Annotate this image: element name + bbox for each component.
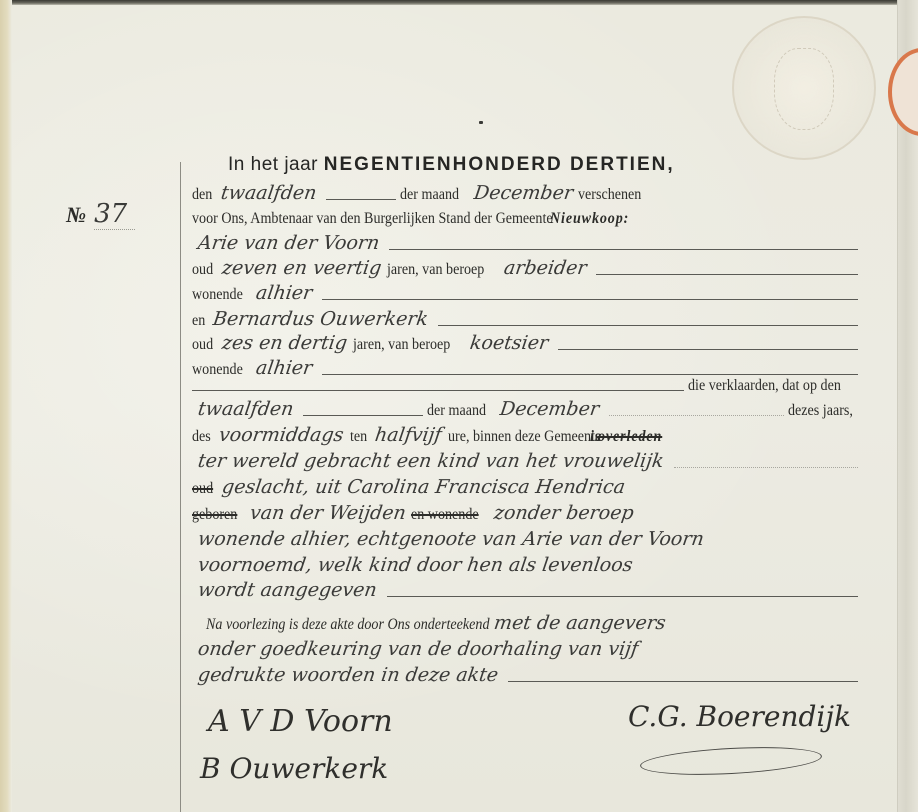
line-declarant1-residence: wonende alhier — [192, 280, 862, 306]
signature-declarant1: A V D Voorn — [208, 704, 393, 739]
declarant2-occupation: koetsier — [462, 332, 555, 356]
label-ten: ten — [350, 428, 367, 448]
line-official: voor Ons, Ambtenaar van den Burgerlijken… — [192, 204, 862, 230]
line-declarant2-age: oud zes en dertig jaren, van beroep koet… — [192, 330, 862, 356]
declarant1-residence: alhier — [248, 282, 319, 306]
line-mother-surname: geboren van der Weijden en wonende zonde… — [192, 500, 862, 526]
municipality-name: Nieuwkoop: — [550, 210, 629, 230]
printed-words-statement: gedrukte woorden in deze akte — [190, 664, 505, 688]
line-mother-name: oud geslacht, uit Carolina Francisca Hen… — [192, 474, 862, 500]
label-binnen-gemeente: ure, binnen deze Gemeente — [448, 428, 601, 448]
heading-line: In het jaar NEGENTIENHONDERD DERTIEN, — [228, 150, 862, 176]
signed-with: met de aangevers — [486, 612, 673, 636]
struck-overleden: overleden — [598, 428, 662, 448]
label-der-maand: der maand — [400, 186, 459, 206]
line-declared: wordt aangegeven — [192, 577, 862, 603]
declarant1-occupation: arbeider — [496, 257, 594, 281]
coat-of-arms-icon — [774, 48, 834, 130]
heading-year: NEGENTIENHONDERD DERTIEN, — [324, 154, 675, 175]
record-number: № 37 — [66, 199, 135, 230]
record-number-value: 37 — [94, 199, 135, 230]
line-printed-words: gedrukte woorden in deze akte — [192, 662, 862, 688]
stillborn-statement: voornoemd, welk kind door hen als levenl… — [190, 554, 640, 578]
label-official: voor Ons, Ambtenaar van den Burgerlijken… — [192, 210, 553, 230]
dotted-rule — [609, 415, 784, 416]
declared-statement: wordt aangegeven — [190, 579, 384, 603]
label-des: des — [192, 428, 211, 448]
fill-rule — [508, 681, 858, 682]
mother-occupation: zonder beroep — [486, 502, 641, 526]
declarant2-age: zes en dertig — [214, 332, 354, 356]
fill-rule — [322, 299, 858, 300]
fill-rule — [192, 390, 684, 391]
red-stamp-icon — [888, 48, 918, 136]
civil-registry-document: № 37 In het jaar NEGENTIENHONDERD DERTIE… — [0, 0, 918, 812]
scan-top-edge — [0, 0, 918, 5]
event-hour: halfvijf — [368, 424, 450, 448]
mother-surname: van der Weijden — [242, 502, 413, 526]
day-field: twaalfden — [213, 182, 324, 206]
line-event-date: twaalfden der maand December dezes jaars… — [192, 396, 862, 422]
heading-intro: In het jaar — [228, 154, 318, 175]
next-page-edge — [897, 0, 918, 812]
signature-declarant2: B Ouwerkerk — [200, 752, 388, 785]
mother-residence-spouse: wonende alhier, echtgenoote van Arie van… — [190, 528, 711, 552]
fill-rule — [387, 596, 858, 597]
label-verschenen: verschenen — [578, 186, 641, 206]
line-approval: onder goedkeuring van de doorhaling van … — [192, 636, 862, 662]
margin-rule — [180, 162, 181, 812]
line-declaration: die verklaarden, dat op den — [192, 371, 862, 397]
dotted-rule — [674, 467, 859, 468]
struck-en-wonende: en wonende — [411, 506, 479, 526]
label-beroep: jaren, van beroep — [387, 261, 484, 281]
declarant1-name: Arie van der Voorn — [190, 232, 387, 256]
label-den: den — [192, 186, 212, 206]
event-day: twaalfden — [190, 398, 301, 422]
label-declaration: die verklaarden, dat op den — [688, 377, 841, 397]
closing-formula: Na voorlezing is deze akte door Ons onde… — [206, 616, 489, 636]
line-declarant1-age: oud zeven en veertig jaren, van beroep a… — [192, 255, 862, 281]
label-der-maand: der maand — [427, 402, 486, 422]
declarant2-name: Bernardus Ouwerkerk — [205, 308, 435, 332]
time-of-day: voormiddags — [212, 424, 352, 448]
label-wonende: wonende — [192, 286, 243, 306]
declarant1-age: zeven en veertig — [214, 257, 389, 281]
fill-rule — [438, 325, 858, 326]
fill-rule — [326, 199, 396, 200]
fill-rule — [303, 415, 423, 416]
signature-flourish — [639, 743, 822, 778]
number-sign: № — [66, 202, 86, 228]
label-en: en — [192, 312, 205, 332]
struck-oud: oud — [192, 480, 213, 500]
label-oud: oud — [192, 261, 213, 281]
fill-rule — [596, 274, 858, 275]
event-month: December — [493, 398, 607, 422]
line-declarant2-name: en Bernardus Ouwerkerk — [192, 306, 862, 332]
fill-rule — [389, 249, 858, 250]
signature-registrar: C.G. Boerendijk — [628, 700, 851, 733]
approval-statement: onder goedkeuring van de doorhaling van … — [190, 638, 645, 662]
heading: In het jaar NEGENTIENHONDERD DERTIEN, — [228, 154, 675, 176]
fill-rule — [558, 349, 858, 350]
line-event-time: des voormiddags ten halfvijf ure, binnen… — [192, 422, 862, 448]
line-mother-residence: wonende alhier, echtgenoote van Arie van… — [192, 526, 862, 552]
mother-given-names: geslacht, uit Carolina Francisca Hendric… — [214, 476, 632, 500]
label-dezes-jaars: dezes jaars, — [788, 402, 853, 422]
struck-geboren: geboren — [192, 506, 237, 526]
birth-statement: ter wereld gebracht een kind van het vro… — [190, 450, 671, 474]
line-declarant1-name: Arie van der Voorn — [192, 230, 862, 256]
line-closing: Na voorlezing is deze akte door Ons onde… — [192, 610, 862, 636]
line-birth-statement: ter wereld gebracht een kind van het vro… — [192, 448, 862, 474]
line-date: den twaalfden der maand December versche… — [192, 180, 862, 206]
label-oud: oud — [192, 336, 213, 356]
label-beroep: jaren, van beroep — [353, 336, 450, 356]
line-stillborn: voornoemd, welk kind door hen als levenl… — [192, 552, 862, 578]
page-binding-edge — [0, 0, 12, 812]
embossed-seal-icon — [732, 16, 876, 160]
month-field: December — [466, 182, 580, 206]
ink-speck — [479, 121, 483, 124]
